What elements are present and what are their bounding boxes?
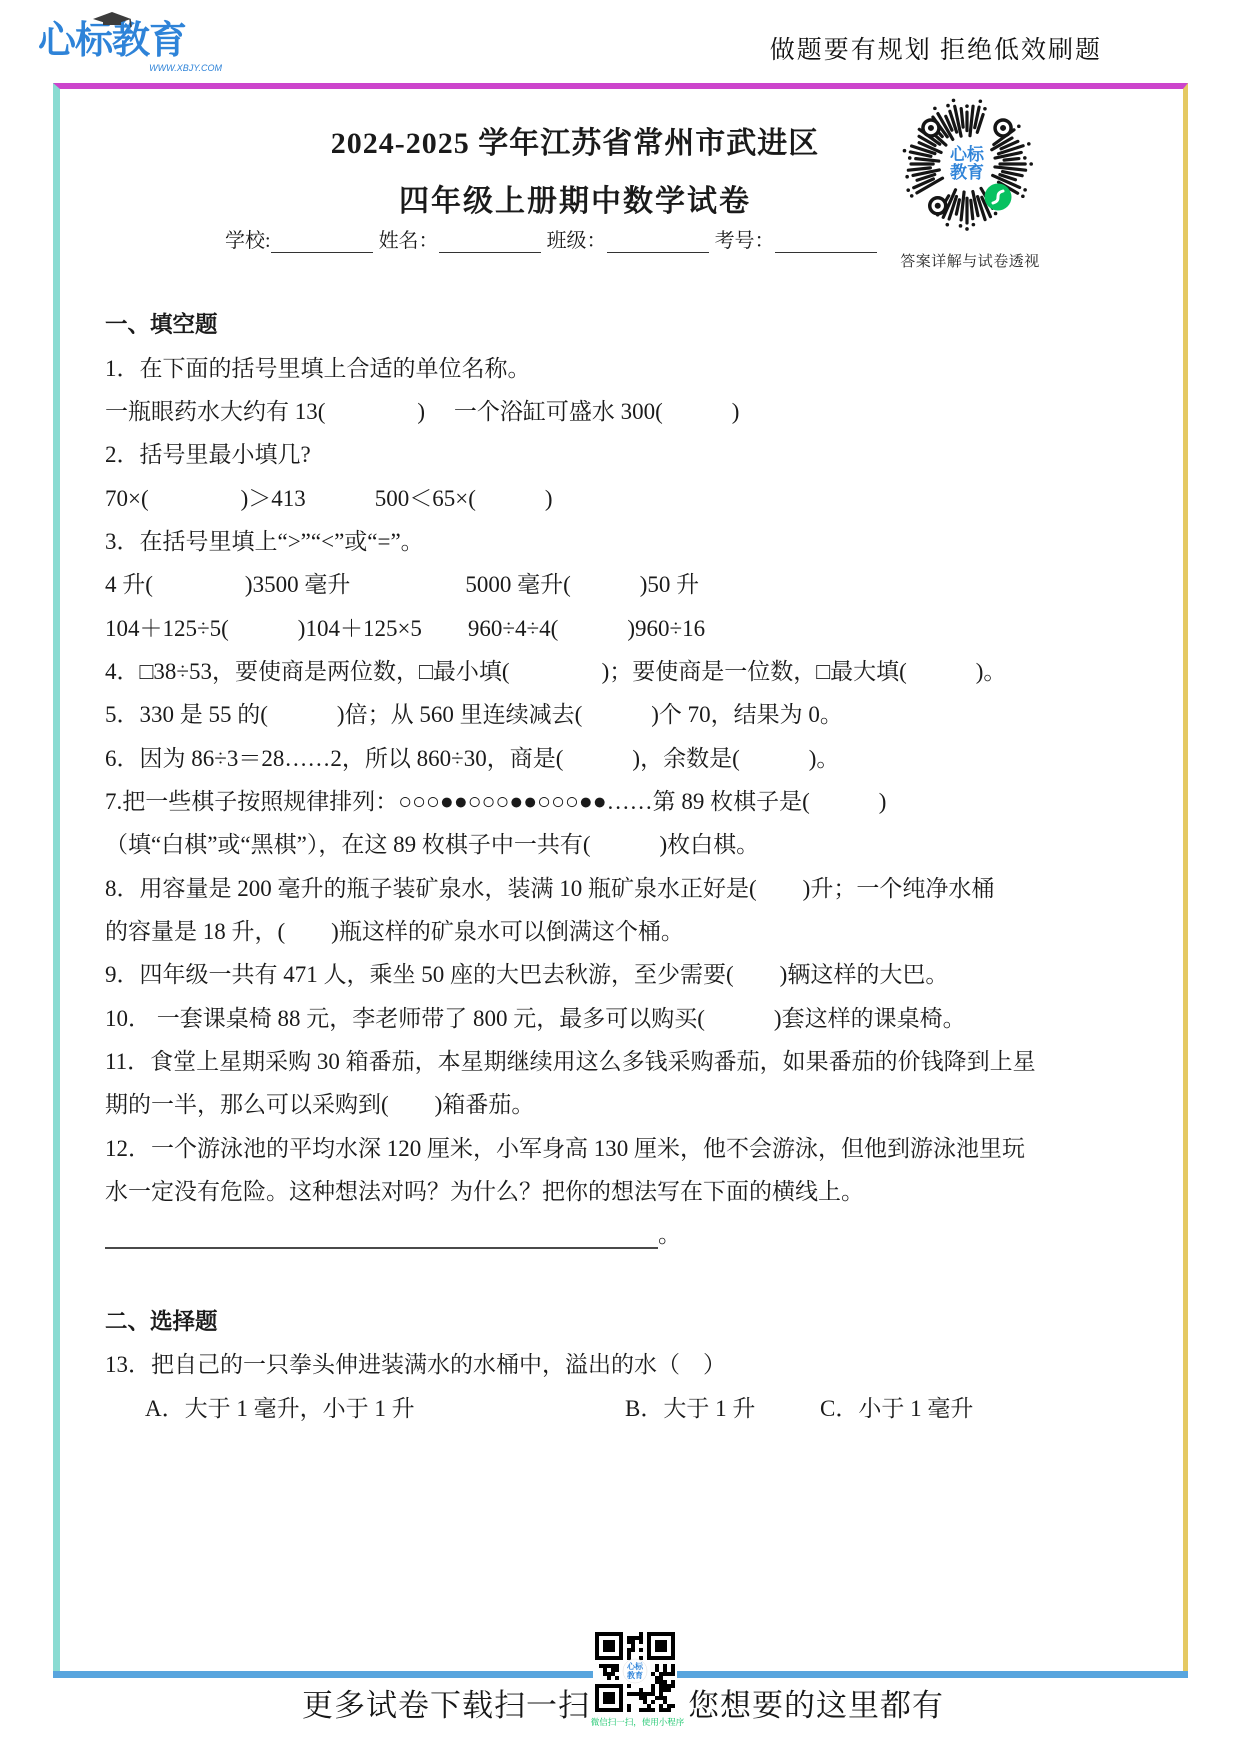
question-line: 期的一半，那么可以采购到( )箱番茄。 — [105, 1081, 1113, 1124]
question-line: 1．在下面的括号里填上合适的单位名称。 — [105, 344, 1113, 387]
question-line: （填“白棋”或“黑棋”），在这 89 枚棋子中一共有( )枚白棋。 — [105, 821, 1113, 864]
question-list: 一、填空题1．在下面的括号里填上合适的单位名称。一瓶眼药水大约有 13( ) 一… — [105, 301, 1113, 1428]
question-line: 5．330 是 55 的( )倍；从 560 里连续减去( )个 70，结果为 … — [105, 691, 1113, 734]
footer-left-text: 更多试卷下载扫一扫 — [240, 1680, 590, 1725]
answer-qr-caption: 答案详解与试卷透视 — [880, 250, 1060, 271]
question-line: 70×( )＞413 500＜65×( ) — [105, 474, 1113, 517]
question-line: 9．四年级一共有 471 人，乘坐 50 座的大巴去秋游，至少需要( )辆这样的… — [105, 951, 1113, 994]
answer-period: 。 — [658, 1216, 681, 1249]
exam-page: { "header": { "logo": { "title": "心标教育",… — [0, 0, 1240, 1754]
question-line: 8．用容量是 200 毫升的瓶子装矿泉水，装满 10 瓶矿泉水正好是( )升；一… — [105, 864, 1113, 907]
graduation-cap-icon — [90, 10, 134, 30]
svg-text:教育: 教育 — [626, 1670, 643, 1680]
question-line: 7.把一些棋子按照规律排列：○○○●●○○○●●○○○●●……第 89 枚棋子是… — [105, 778, 1113, 821]
brand-logo-url: WWW.XBJY.COM — [149, 63, 222, 73]
question-line: 水一定没有危险。这种想法对吗？为什么？把你的想法写在下面的横线上。 — [105, 1168, 1113, 1211]
question-line: 4 升( )3500 毫升 5000 毫升( )50 升 — [105, 561, 1113, 604]
question-line: 104＋125÷5( )104＋125×5 960÷4÷4( )960÷16 — [105, 604, 1113, 647]
student-field-label: 姓名： — [379, 224, 439, 253]
student-field-blank — [439, 228, 541, 253]
option-b: B．大于 1 升 — [625, 1390, 820, 1423]
student-field: 考号： — [715, 224, 877, 253]
student-field: 学校: — [225, 224, 373, 253]
student-field-blank — [775, 228, 877, 253]
student-info-row: 学校:姓名：班级：考号： — [225, 224, 883, 253]
section-heading: 一、填空题 — [105, 301, 1113, 344]
answer-blank — [105, 1217, 658, 1249]
spacer-line — [105, 1255, 1113, 1298]
option-a: A．大于 1 毫升，小于 1 升 — [145, 1390, 625, 1423]
student-field-label: 学校: — [225, 224, 271, 253]
question-line: 一瓶眼药水大约有 13( ) 一个浴缸可盛水 300( ) — [105, 388, 1113, 431]
footer-right-text: 您想要的这里都有 — [688, 1680, 944, 1725]
question-line: 10． 一套课桌椅 88 元，李老师带了 800 元，最多可以购买( )套这样的… — [105, 995, 1113, 1038]
question-line: 4．□38÷53，要使商是两位数，□最小填( )；要使商是一位数，□最大填( )… — [105, 648, 1113, 691]
download-qr-code: 心标教育 — [593, 1630, 677, 1714]
question-line: 2．括号里最小填几? — [105, 431, 1113, 474]
question-line: 12．一个游泳池的平均水深 120 厘米，小军身高 130 厘米，他不会游泳，但… — [105, 1125, 1113, 1168]
download-qr-caption: 微信扫一扫，使用小程序 — [575, 1716, 700, 1728]
question-line: 6．因为 86÷3＝28……2，所以 860÷30，商是( )，余数是( )。 — [105, 734, 1113, 777]
student-field-label: 考号： — [715, 224, 775, 253]
svg-text:心标: 心标 — [950, 144, 985, 164]
answer-qr-code: 心标教育 — [897, 94, 1037, 234]
student-field: 姓名： — [379, 224, 541, 253]
options-row: A．大于 1 毫升，小于 1 升B．大于 1 升C．小于 1 毫升 — [105, 1385, 1113, 1428]
question-line: 11．食堂上星期采购 30 箱番茄，本星期继续用这么多钱采购番茄，如果番茄的价钱… — [105, 1038, 1113, 1081]
brand-logo: 心标教育 WWW.XBJY.COM — [38, 12, 228, 76]
answer-blank-line: 。 — [105, 1211, 1113, 1254]
section-heading: 二、选择题 — [105, 1298, 1113, 1341]
header-slogan: 做题要有规划 拒绝低效刷题 — [770, 30, 1102, 66]
student-field-blank — [607, 228, 709, 253]
option-c: C．小于 1 毫升 — [820, 1390, 973, 1423]
student-field: 班级： — [547, 224, 709, 253]
student-field-blank — [271, 228, 373, 253]
svg-text:心标: 心标 — [626, 1661, 644, 1671]
student-field-label: 班级： — [547, 224, 607, 253]
question-line: 的容量是 18 升，( )瓶这样的矿泉水可以倒满这个桶。 — [105, 908, 1113, 951]
question-line: 3．在括号里填上“>”“<”或“=”。 — [105, 518, 1113, 561]
svg-text:教育: 教育 — [950, 162, 984, 182]
question-line: 13．把自己的一只拳头伸进装满水的水桶中，溢出的水（ ） — [105, 1341, 1113, 1384]
